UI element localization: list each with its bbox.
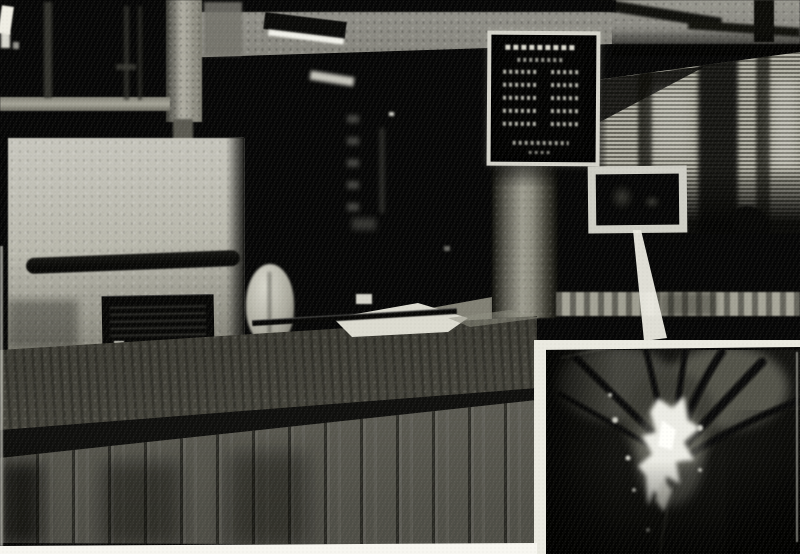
blinds-highlight — [772, 78, 798, 170]
inset-border — [534, 340, 800, 350]
glazing-reflection — [124, 6, 129, 100]
rates-board-value — [551, 122, 579, 126]
glazing-patch — [204, 2, 242, 56]
display-panel-edge — [226, 138, 244, 350]
rates-board-label — [503, 109, 537, 113]
blinds-highlight — [652, 90, 692, 160]
print-artifact — [13, 42, 19, 49]
rates-board-title-row — [505, 45, 577, 51]
glazing-rail — [0, 97, 170, 111]
plaque-texture — [110, 305, 207, 341]
paneling-shadow — [102, 462, 180, 546]
glazing-mullion — [166, 0, 202, 122]
rates-board-label — [503, 122, 537, 126]
rates-board-footer-row — [529, 151, 551, 154]
inset-edge-highlight — [796, 352, 798, 542]
light-glint — [310, 71, 355, 87]
rates-board-value — [551, 96, 579, 100]
inset-vignette — [726, 410, 800, 554]
windowsill-object — [732, 206, 766, 234]
paneling-shadow — [0, 462, 42, 546]
display-panel-shadow — [8, 300, 78, 348]
background-speck — [444, 246, 450, 251]
rates-board-value — [551, 83, 579, 87]
background-glow — [352, 218, 376, 230]
rates-board-label — [503, 70, 537, 74]
pointer-wedge — [628, 230, 672, 342]
print-artifact — [1, 32, 10, 48]
rates-board-value — [551, 109, 579, 113]
rates-board-label — [503, 83, 537, 87]
paper-scrap — [356, 294, 372, 304]
rates-board — [487, 31, 601, 167]
pane-smudge — [644, 196, 660, 208]
glazing-reflection — [44, 2, 52, 98]
rates-board-footer-row — [513, 141, 569, 145]
counter-back-edge-shadow — [660, 292, 716, 316]
print-artifact — [0, 5, 14, 34]
rates-board-subtitle-row — [517, 58, 565, 62]
glazing-reflection — [116, 64, 136, 70]
rates-board-label — [503, 96, 537, 100]
background-speck — [389, 112, 394, 116]
inset-bullet-hole — [546, 350, 800, 554]
background-reflection — [347, 115, 359, 215]
paneling-shadow — [228, 452, 308, 548]
inset-border — [534, 341, 546, 554]
page-edge-sliver — [0, 246, 3, 546]
rates-board-value — [551, 70, 579, 74]
glazing-reflection — [138, 6, 142, 100]
page-margin — [0, 543, 537, 554]
pane-smudge — [610, 184, 634, 210]
framed-pane — [588, 165, 688, 233]
background-reflection — [380, 128, 384, 213]
newspaper-photo — [0, 0, 800, 554]
ceiling-shadow — [612, 28, 800, 56]
photo-top-edge — [0, 0, 616, 12]
